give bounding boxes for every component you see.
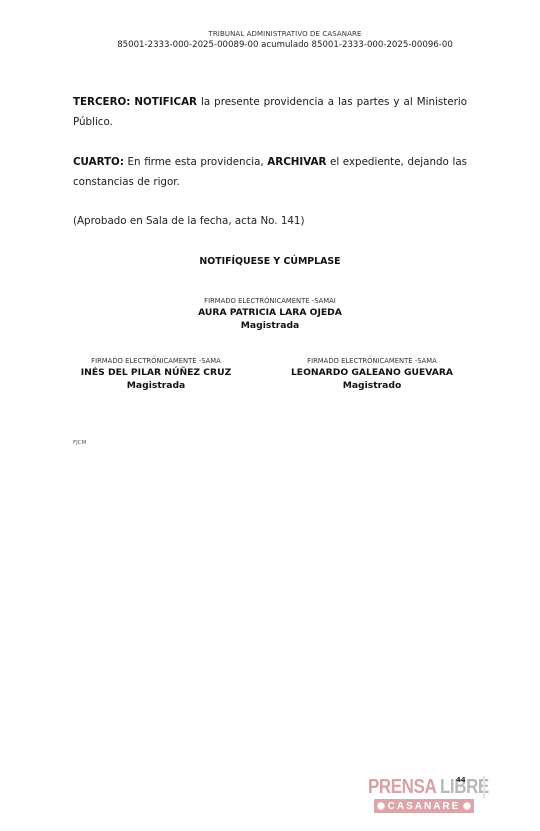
circle-icon [463,802,471,810]
signatory-name: INÉS DEL PILAR NÚÑEZ CRUZ [56,366,256,379]
watermark-subtitle: CASANARE [388,801,461,812]
paragraph-action: ARCHIVAR [267,156,326,168]
closing-formula: NOTIFÍQUESE Y CÚMPLASE [0,256,540,267]
case-number: 85001-2333-000-2025-00089-00 acumulado 8… [30,39,540,51]
paragraph-tercero: TERCERO: NOTIFICAR la presente providenc… [73,93,467,132]
signatory-role: Magistrado [272,379,472,392]
page-number: 44 [456,776,466,784]
signature-block: FIRMADO ELECTRÓNICAMENTE -SAMAI AURA PAT… [170,297,370,332]
paragraph-label: TERCERO: [73,96,130,108]
paragraph-action: NOTIFICAR [134,96,197,108]
circle-icon [377,802,385,810]
court-name: TRIBUNAL ADMINISTRATIVO DE CASANARE [30,30,540,39]
document-header: TRIBUNAL ADMINISTRATIVO DE CASANARE 8500… [0,30,540,51]
paragraph-cuarto: CUARTO: En firme esta providencia, ARCHI… [73,153,467,192]
watermark-subtitle-bar: CASANARE [374,799,474,813]
watermark-edge [483,776,485,798]
signature-stamp: FIRMADO ELECTRÓNICAMENTE -SAMA [56,357,256,366]
signatory-name: LEONARDO GALEANO GUEVARA [272,366,472,379]
paragraph-text: la presente providencia a las partes y a… [73,96,467,128]
watermark-logo-text: PRENSA LIBRE [368,776,489,798]
paragraph-label: CUARTO: [73,156,124,168]
signature-stamp: FIRMADO ELECTRÓNICAMENTE -SAMAI [170,297,370,306]
paragraph-text: En firme esta providencia, [124,156,267,168]
signatory-role: Magistrada [56,379,256,392]
signature-block: FIRMADO ELECTRÓNICAMENTE -SAMA INÉS DEL … [56,357,256,392]
signatory-name: AURA PATRICIA LARA OJEDA [170,306,370,319]
drafter-initials: FJCM [73,440,86,446]
signature-stamp: FIRMADO ELECTRÓNICAMENTE -SAMA [272,357,472,366]
approval-note: (Aprobado en Sala de la fecha, acta No. … [73,212,305,231]
watermark-word-prensa: PRENSA [368,776,436,798]
signatory-role: Magistrada [170,319,370,332]
signature-block: FIRMADO ELECTRÓNICAMENTE -SAMA LEONARDO … [272,357,472,392]
